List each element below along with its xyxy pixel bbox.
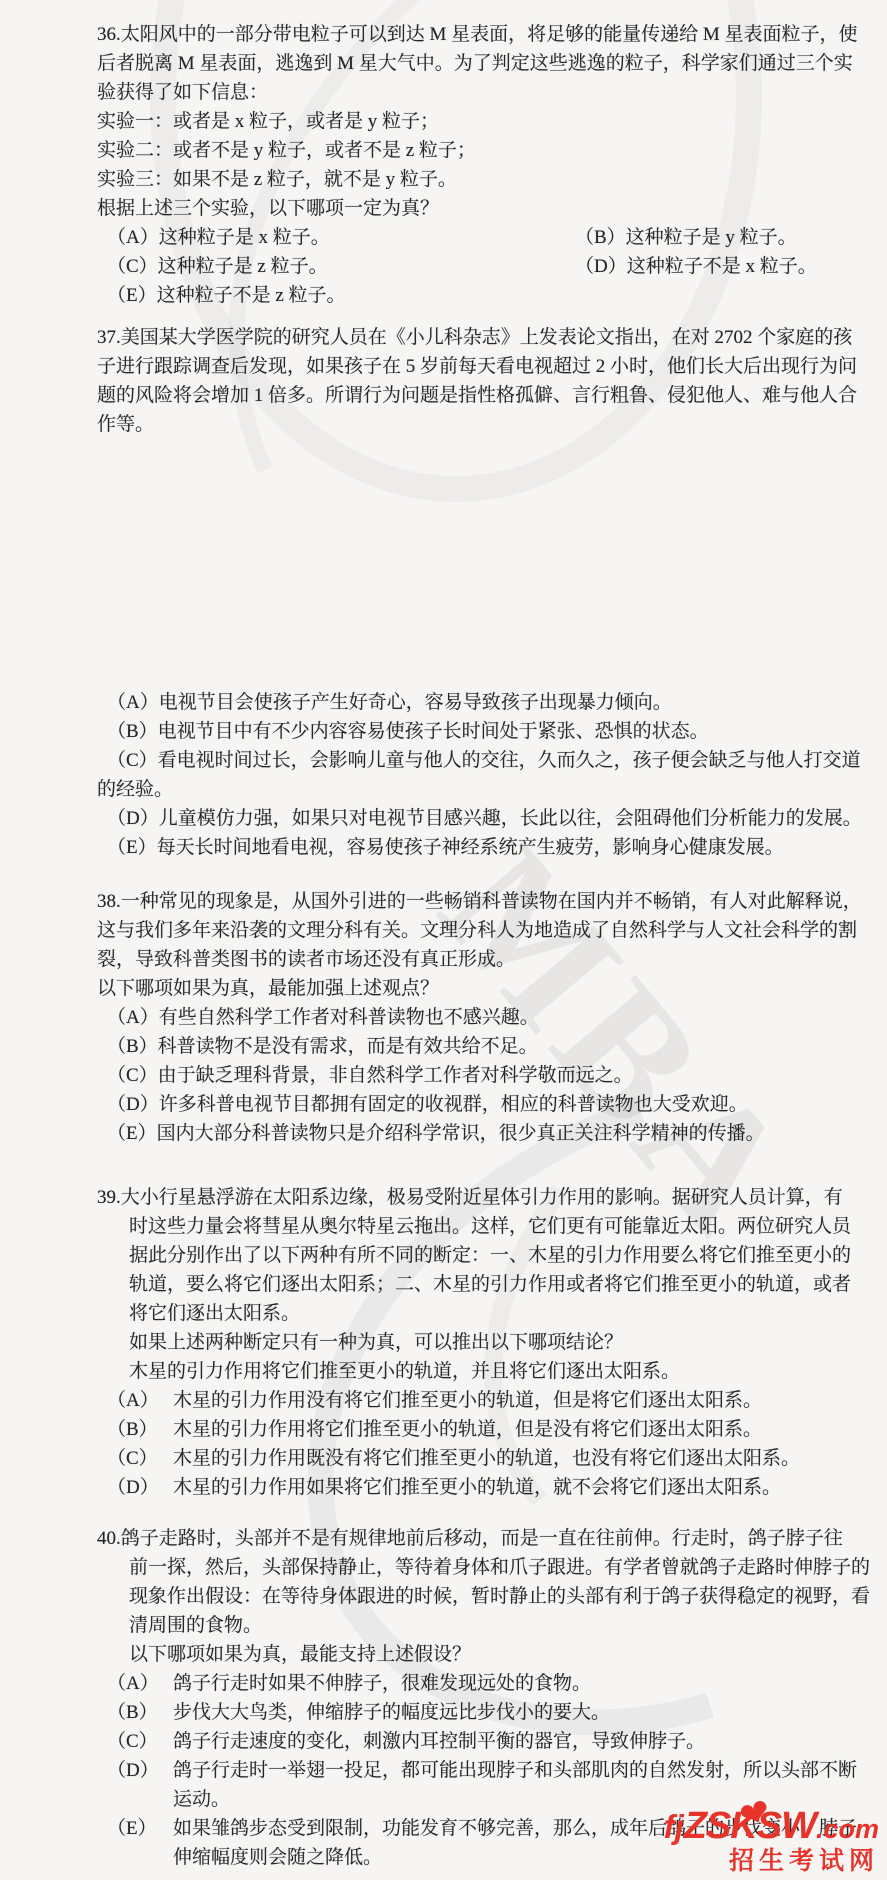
q38-option-d: （D）许多科普电视节目都拥有固定的收视群，相应的科普读物也大受欢迎。 [97, 1090, 837, 1119]
q36-premise-2: 实验二：或者不是 y 粒子，或者不是 z 粒子； [97, 136, 837, 165]
q36-premise-3: 实验三：如果不是 z 粒子，就不是 y 粒子。 [97, 165, 837, 194]
q38-option-e: （E）国内大部分科普读物只是介绍科学常识，很少真正关注科学精神的传播。 [97, 1119, 837, 1148]
q36-line: 36.太阳风中的一部分带电粒子可以到达 M 星表面，将足够的能量传递给 M 星表… [97, 20, 837, 49]
q37-option-b: （B）电视节目中有不少内容容易使孩子长时间处于紧张、恐惧的状态。 [97, 717, 837, 746]
q37-option-c-cont: 的经验。 [97, 775, 837, 804]
exam-page: MBA 36.太阳风中的一部分带电粒子可以到达 M 星表面，将足够的能量传递给 … [0, 0, 887, 1880]
q40-line: 前一探，然后，头部保持静止，等待着身体和爪子跟进。有学者曾就鸽子走路时伸脖子的 [97, 1553, 837, 1582]
site-url-main: ZSKSW [684, 1805, 816, 1847]
q36-line: 后者脱离 M 星表面，逃逸到 M 星大气中。为了判定这些逃逸的粒子，科学家们通过… [97, 49, 837, 78]
question-36: 36.太阳风中的一部分带电粒子可以到达 M 星表面，将足够的能量传递给 M 星表… [97, 20, 837, 310]
q37-option-d: （D）儿童模仿力强，如果只对电视节目感兴趣，长此以往，会阻碍他们分析能力的发展。 [97, 804, 837, 833]
q39-option-a-text: 木星的引力作用没有将它们推至更小的轨道，但是将它们逐出太阳系。 [173, 1390, 762, 1411]
question-39: 39.大小行星悬浮游在太阳系边缘，极易受附近星体引力作用的影响。据研究人员计算，… [97, 1183, 837, 1502]
q38-line: 38.一种常见的现象是，从国外引进的一些畅销科普读物在国内并不畅销，有人对此解释… [97, 887, 837, 916]
q36-option-e: （E）这种粒子不是 z 粒子。 [107, 285, 346, 306]
q40-option-b-text: 步伐大大鸟类，伸缩脖子的幅度远比步伐小的要大。 [173, 1702, 610, 1723]
q40-option-a: （A）鸽子行走时如果不伸脖子，很难发现远处的食物。 [97, 1669, 837, 1698]
q37-line: 子进行跟踪调查后发现，如果孩子在 5 岁前每天看电视超过 2 小时，他们长大后出… [97, 352, 837, 381]
site-watermark: fjZSKSW.com 招生考试网 [664, 1807, 879, 1874]
q40-line: 现象作出假设：在等待身体跟进的时候，暂时静止的头部有利于鸽子获得稳定的视野，看 [97, 1582, 837, 1611]
q37-option-c: （C）看电视时间过长，会影响儿童与他人的交往，久而久之，孩子便会缺乏与他人打交道 [97, 746, 837, 775]
q39-line: 据此分别作出了以下两种有所不同的断定：一、木星的引力作用要么将它们推至更小的 [97, 1241, 837, 1270]
q39-option-c-text: 木星的引力作用既没有将它们推至更小的轨道，也没有将它们逐出太阳系。 [173, 1448, 800, 1469]
q37-option-a: （A）电视节目会使孩子产生好奇心，容易导致孩子出现暴力倾向。 [97, 688, 837, 717]
q40-option-c: （C）鸽子行走速度的变化，刺激内耳控制平衡的器官，导致伸脖子。 [97, 1727, 837, 1756]
q39-option-a: （A）木星的引力作用没有将它们推至更小的轨道，但是将它们逐出太阳系。 [97, 1386, 837, 1415]
q37-line: 题的风险将会增加 1 倍多。所谓行为问题是指性格孤僻、言行粗鲁、侵犯他人、难与他… [97, 381, 837, 410]
q38-option-a: （A）有些自然科学工作者对科普读物也不感兴趣。 [97, 1003, 837, 1032]
q37-option-e: （E）每天长时间地看电视，容易使孩子神经系统产生疲劳，影响身心健康发展。 [97, 833, 837, 862]
q36-option-c: （C）这种粒子是 z 粒子。 [107, 256, 328, 277]
q36-stem: 根据上述三个实验，以下哪项一定为真？ [97, 194, 837, 223]
q36-option-d: （D）这种粒子不是 x 粒子。 [575, 252, 817, 281]
site-url-prefix: fj [664, 1808, 684, 1845]
q40-option-d-text: 鸽子行走时一举翅一投足，都可能出现脖子和头部肌肉的自然发射，所以头部不断 [173, 1760, 857, 1781]
q37-line: 37.美国某大学医学院的研究人员在《小儿科杂志》上发表论文指出，在对 2702 … [97, 323, 837, 352]
question-38: 38.一种常见的现象是，从国外引进的一些畅销科普读物在国内并不畅销，有人对此解释… [97, 887, 837, 1148]
q40-option-a-label: （A） [107, 1669, 173, 1698]
q38-option-c: （C）由于缺乏理科背景，非自然科学工作者对科学敬而远之。 [97, 1061, 837, 1090]
q36-option-row: （E）这种粒子不是 z 粒子。 [97, 281, 837, 310]
q39-option-d-label: （D） [107, 1473, 173, 1502]
q40-line: 40.鸽子走路时，头部并不是有规律地前后移动，而是一直在往前伸。行走时，鸽子脖子… [97, 1524, 837, 1553]
q39-option-c: （C）木星的引力作用既没有将它们推至更小的轨道，也没有将它们逐出太阳系。 [97, 1444, 837, 1473]
q40-option-e-label: （E） [107, 1814, 173, 1843]
q36-option-b: （B）这种粒子是 y 粒子。 [575, 223, 797, 252]
q40-option-a-text: 鸽子行走时如果不伸脖子，很难发现远处的食物。 [173, 1673, 591, 1694]
q39-option-d-text: 木星的引力作用如果将它们推至更小的轨道，就不会将它们逐出太阳系。 [173, 1477, 781, 1498]
q38-stem: 以下哪项如果为真，最能加强上述观点？ [97, 974, 837, 1003]
q39-option-b-text: 木星的引力作用将它们推至更小的轨道，但是没有将它们逐出太阳系。 [173, 1419, 762, 1440]
q40-line: 清周围的食物。 [97, 1611, 837, 1640]
q39-option-b: （B）木星的引力作用将它们推至更小的轨道，但是没有将它们逐出太阳系。 [97, 1415, 837, 1444]
q37-blank-gap [97, 439, 837, 688]
q39-line: 轨道，要么将它们逐出太阳系；二、木星的引力作用或者将它们推至更小的轨道，或者 [97, 1270, 837, 1299]
q36-option-row: （C）这种粒子是 z 粒子。 （D）这种粒子不是 x 粒子。 [97, 252, 837, 281]
q39-line: 时这些力量会将彗星从奥尔特星云拖出。这样，它们更有可能靠近太阳。两位研究人员 [97, 1212, 837, 1241]
q40-option-d-label: （D） [107, 1756, 173, 1785]
q40-option-b: （B）步伐大大鸟类，伸缩脖子的幅度远比步伐小的要大。 [97, 1698, 837, 1727]
q39-option-c-label: （C） [107, 1444, 173, 1473]
q36-option-row: （A）这种粒子是 x 粒子。 （B）这种粒子是 y 粒子。 [97, 223, 837, 252]
question-37: 37.美国某大学医学院的研究人员在《小儿科杂志》上发表论文指出，在对 2702 … [97, 323, 837, 862]
site-name-cn: 招生考试网 [664, 1849, 879, 1874]
q39-stem: 如果上述两种断定只有一种为真，可以推出以下哪项结论？ [97, 1328, 837, 1357]
q39-line: 39.大小行星悬浮游在太阳系边缘，极易受附近星体引力作用的影响。据研究人员计算，… [97, 1183, 837, 1212]
q40-option-b-label: （B） [107, 1698, 173, 1727]
q38-line: 这与我们多年来沿袭的文理分科有关。文理分科人为地造成了自然科学与人文社会科学的割 [97, 916, 837, 945]
q36-option-a: （A）这种粒子是 x 粒子。 [107, 227, 330, 248]
q40-option-c-label: （C） [107, 1727, 173, 1756]
q39-option-b-label: （B） [107, 1415, 173, 1444]
q38-line: 裂，导致科普类图书的读者市场还没有真正形成。 [97, 945, 837, 974]
q39-line: 将它们逐出太阳系。 [97, 1299, 837, 1328]
q39-conclusion: 木星的引力作用将它们推至更小的轨道，并且将它们逐出太阳系。 [97, 1357, 837, 1386]
q38-option-b: （B）科普读物不是没有需求，而是有效共给不足。 [97, 1032, 837, 1061]
q40-option-c-text: 鸽子行走速度的变化，刺激内耳控制平衡的器官，导致伸脖子。 [173, 1731, 705, 1752]
q40-option-d: （D）鸽子行走时一举翅一投足，都可能出现脖子和头部肌肉的自然发射，所以头部不断 [97, 1756, 837, 1785]
q37-line: 作等。 [97, 410, 837, 439]
q40-stem: 以下哪项如果为真，最能支持上述假设？ [97, 1640, 837, 1669]
q39-option-d: （D）木星的引力作用如果将它们推至更小的轨道，就不会将它们逐出太阳系。 [97, 1473, 837, 1502]
site-url: fjZSKSW.com [664, 1807, 879, 1845]
q39-option-a-label: （A） [107, 1386, 173, 1415]
site-url-tld: .com [816, 1814, 879, 1844]
q36-premise-1: 实验一：或者是 x 粒子，或者是 y 粒子； [97, 107, 837, 136]
q36-line: 验获得了如下信息： [97, 78, 837, 107]
